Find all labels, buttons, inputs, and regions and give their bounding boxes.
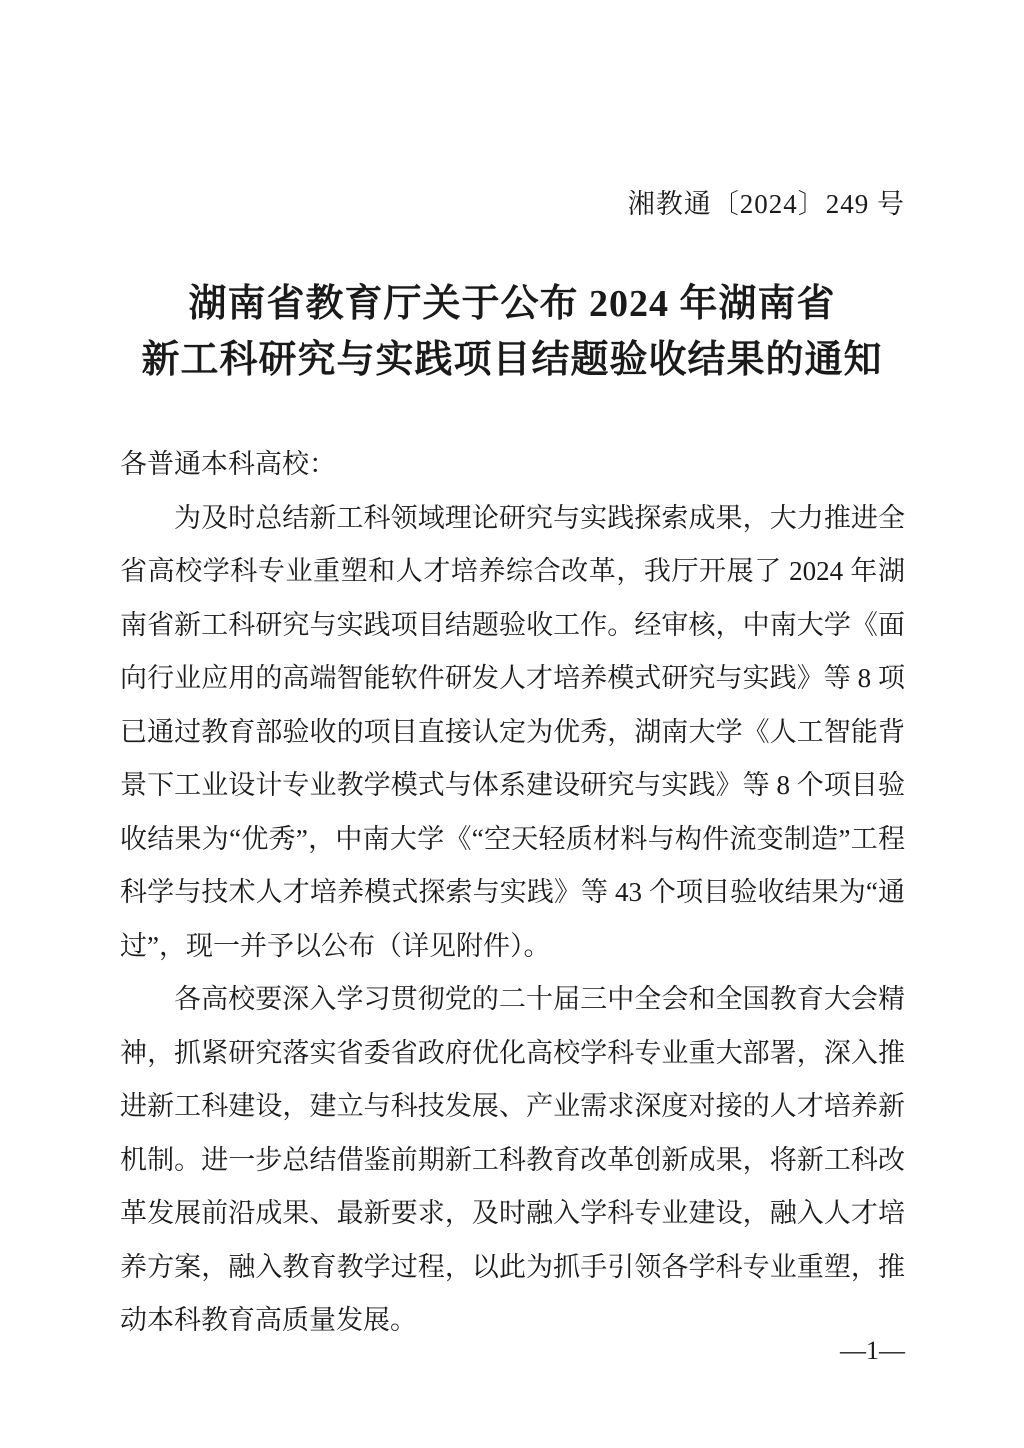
page-number: —1— [840, 1336, 905, 1366]
body-paragraph-2: 各高校要深入学习贯彻党的二十届三中全会和全国教育大会精神，抓紧研究落实省委省政府… [120, 973, 905, 1348]
document-title-line-1: 湖南省教育厅关于公布 2024 年湖南省 [60, 276, 964, 332]
document-title: 湖南省教育厅关于公布 2024 年湖南省 新工科研究与实践项目结题验收结果的通知 [60, 276, 964, 388]
salutation: 各普通本科高校： [120, 438, 905, 492]
document-number: 湘教通〔2024〕249 号 [628, 182, 905, 221]
document-page: 湘教通〔2024〕249 号 湖南省教育厅关于公布 2024 年湖南省 新工科研… [0, 0, 1024, 1448]
body-paragraph-1: 为及时总结新工科领域理论研究与实践探索成果，大力推进全省高校学科专业重塑和人才培… [120, 492, 905, 974]
document-body: 各普通本科高校： 为及时总结新工科领域理论研究与实践探索成果，大力推进全省高校学… [120, 438, 905, 1348]
document-title-line-2: 新工科研究与实践项目结题验收结果的通知 [60, 332, 964, 388]
